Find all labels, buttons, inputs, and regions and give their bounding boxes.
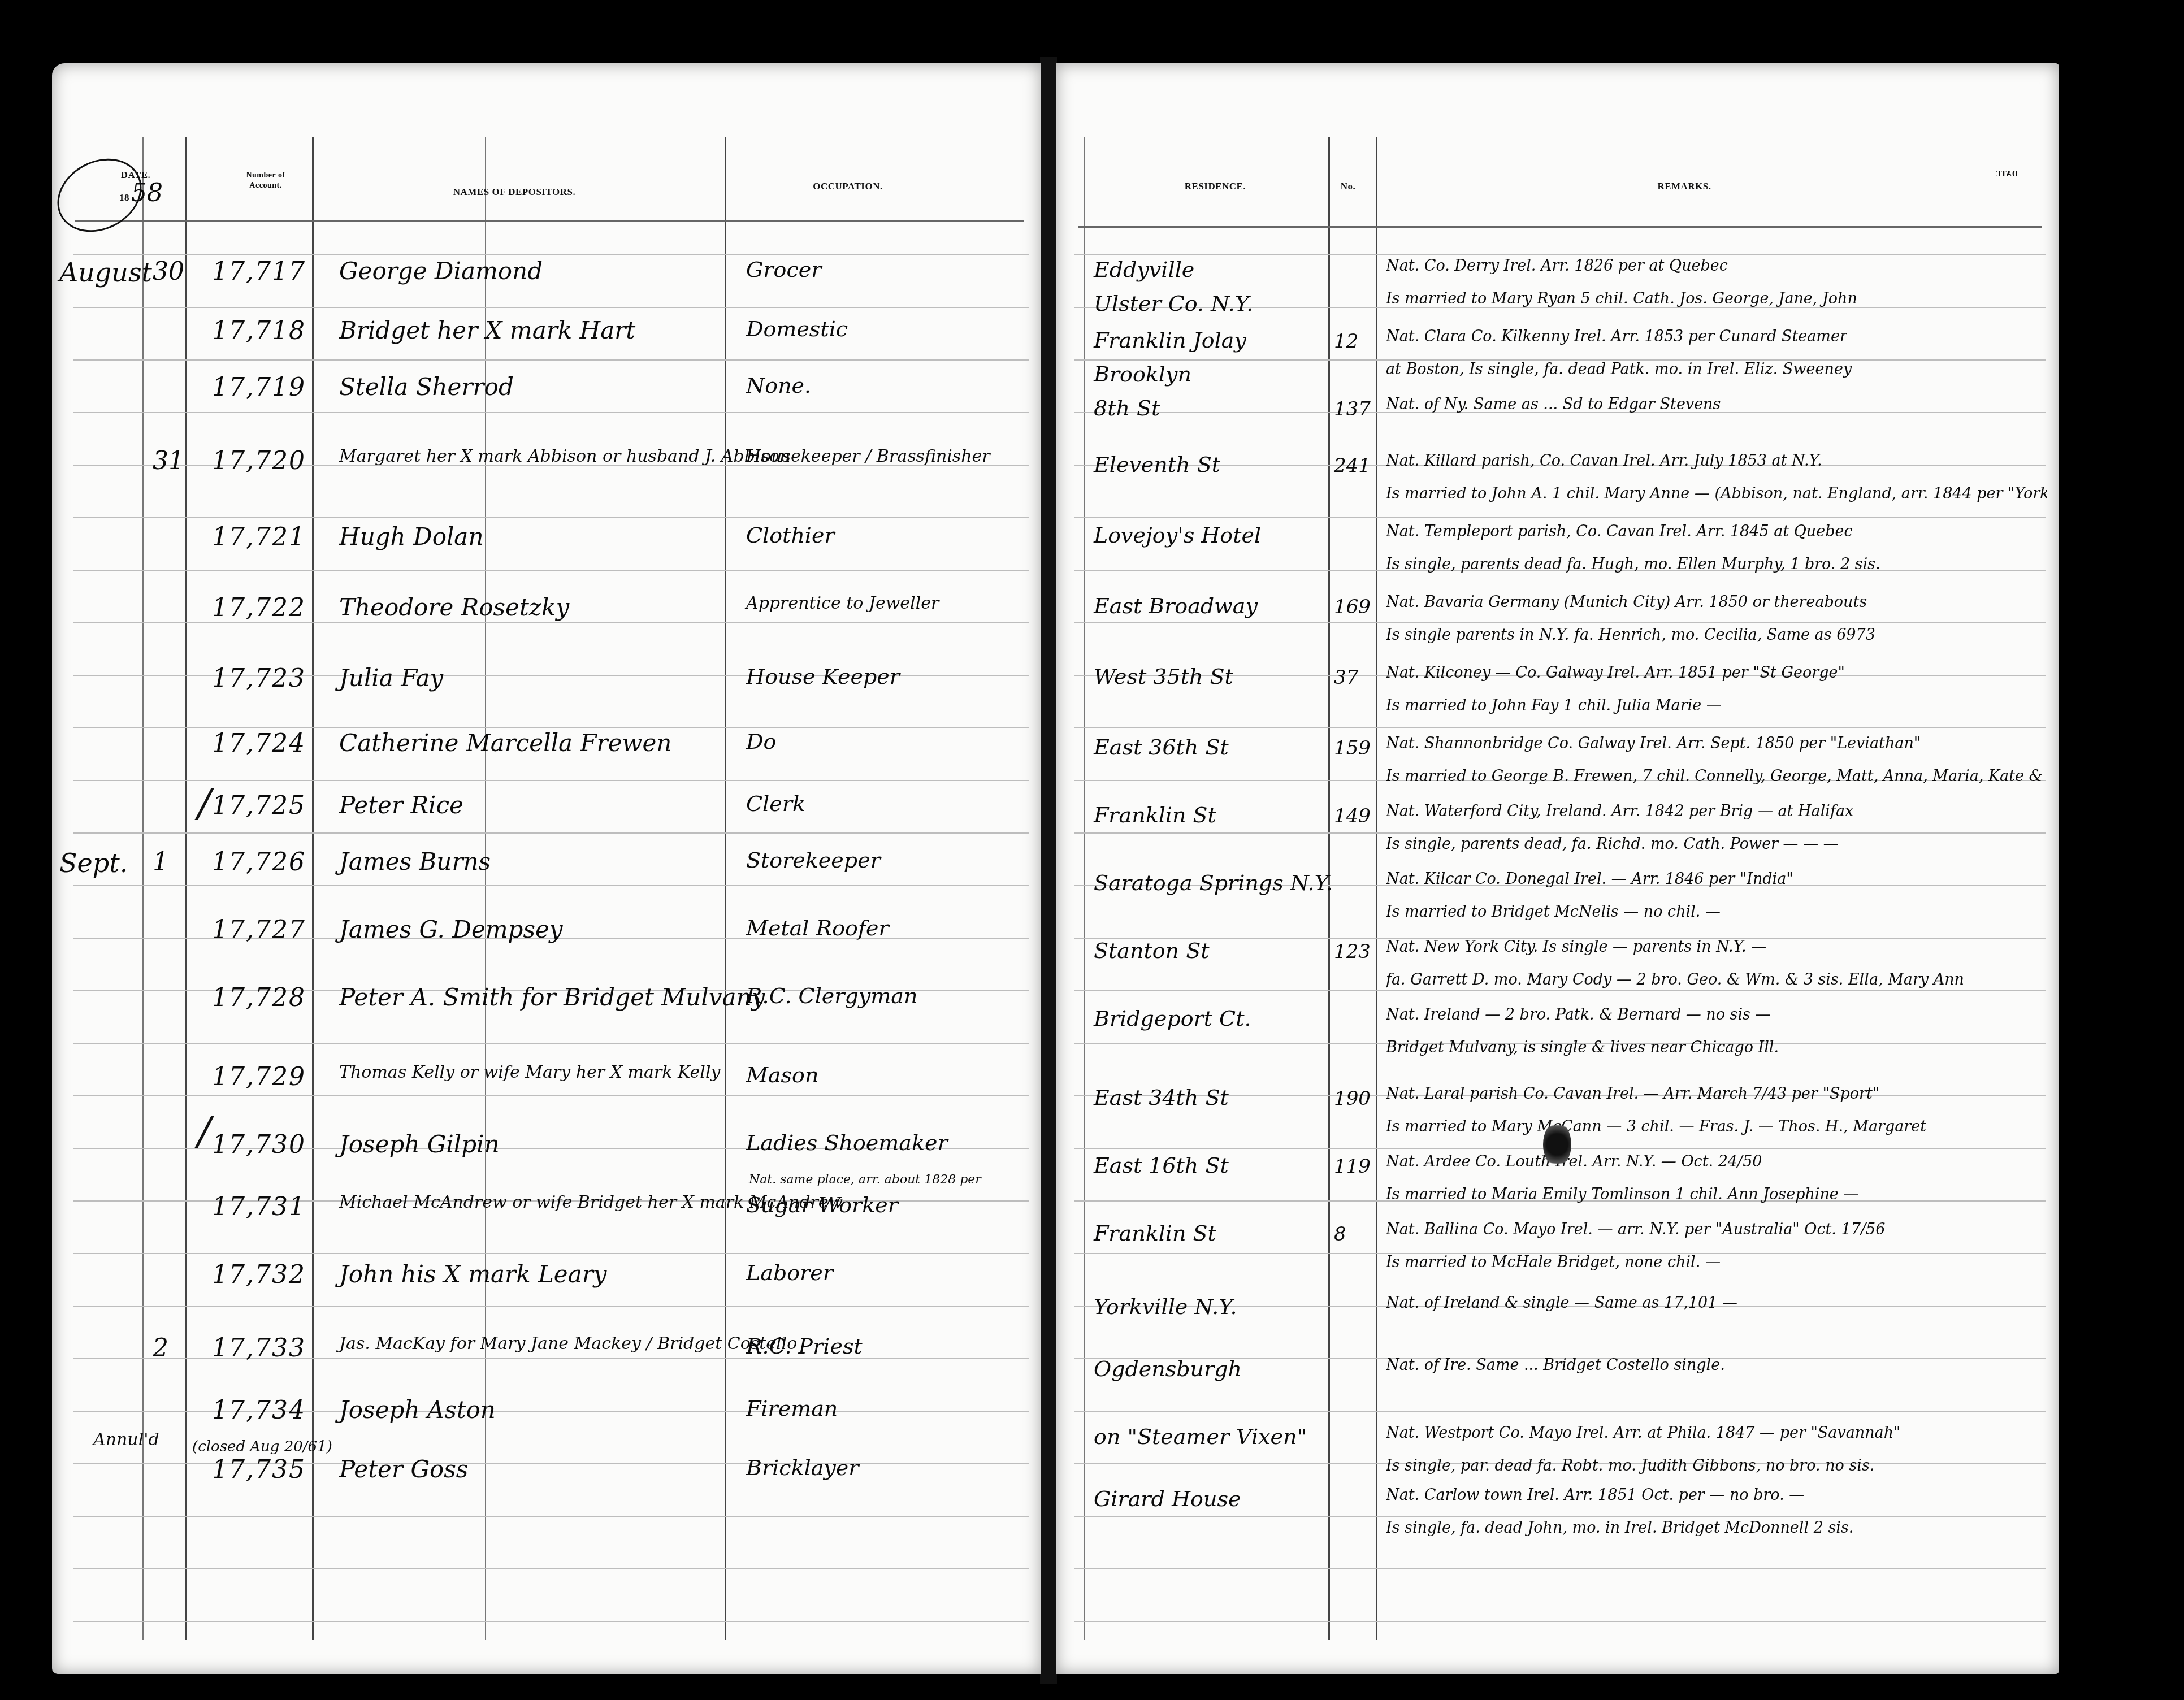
occupation: Sugar Worker bbox=[746, 1192, 898, 1217]
occupation: Ladies Shoemaker bbox=[746, 1130, 948, 1155]
header-names-of-depositors: NAMES OF DEPOSITORS. bbox=[367, 187, 661, 198]
residence: on "Steamer Vixen" bbox=[1094, 1424, 1307, 1449]
ruled-line bbox=[1074, 1516, 2046, 1517]
remark-line: Nat. Bavaria Germany (Munich City) Arr. … bbox=[1386, 593, 1867, 611]
occupation: Clothier bbox=[746, 523, 835, 548]
depositor-name: James G. Dempsey bbox=[339, 916, 563, 943]
remark-line: Is married to McHale Bridget, none chil.… bbox=[1386, 1254, 1721, 1271]
occupation: R.C. Clergyman bbox=[746, 983, 917, 1008]
ruled-line bbox=[73, 1516, 1029, 1517]
column-rule bbox=[725, 137, 726, 1640]
column-rule bbox=[1376, 137, 1377, 1640]
residence: Yorkville N.Y. bbox=[1094, 1294, 1237, 1319]
column-rule bbox=[142, 137, 144, 1640]
depositor-name: Joseph Gilpin bbox=[339, 1130, 500, 1158]
remark-line: Nat. Killard parish, Co. Cavan Irel. Arr… bbox=[1386, 452, 1822, 470]
residence: East Broadway bbox=[1094, 593, 1258, 618]
residence: Lovejoy's Hotel bbox=[1094, 523, 1261, 548]
entry-day: 30 bbox=[153, 257, 184, 286]
remark-line: Is single parents in N.Y. fa. Henrich, m… bbox=[1386, 626, 1875, 644]
column-rule bbox=[1084, 137, 1085, 1640]
book-gutter bbox=[1040, 57, 1057, 1684]
occupation: Do bbox=[746, 729, 776, 754]
remark-line: Nat. Clara Co. Kilkenny Irel. Arr. 1853 … bbox=[1386, 328, 1847, 345]
ruled-line bbox=[1074, 1411, 2046, 1412]
depositor-name: Catherine Marcella Frewen bbox=[339, 729, 671, 757]
depositor-name: Thomas Kelly or wife Mary her X mark Kel… bbox=[339, 1062, 720, 1082]
column-rule bbox=[185, 137, 187, 1640]
remark-line: Nat. Co. Derry Irel. Arr. 1826 per at Qu… bbox=[1386, 257, 1728, 275]
check-mark-icon: / bbox=[198, 780, 211, 826]
column-rule bbox=[312, 137, 314, 1640]
remark-line: Nat. of Ire. Same ... Bridget Costello s… bbox=[1386, 1356, 1725, 1374]
remark-line: Is married to Mary Ryan 5 chil. Cath. Jo… bbox=[1386, 290, 1857, 307]
ruled-line bbox=[73, 622, 1029, 623]
occupation: Grocer bbox=[746, 257, 821, 282]
remark-line: Is married to John Fay 1 chil. Julia Mar… bbox=[1386, 697, 1722, 714]
margin-note-annulled: Annul'd bbox=[93, 1430, 159, 1450]
account-number: 17,724 bbox=[212, 729, 306, 758]
account-number: 17,726 bbox=[212, 848, 306, 877]
occupation: Bricklayer bbox=[746, 1455, 859, 1480]
ruled-line bbox=[73, 832, 1029, 834]
ruled-line bbox=[73, 307, 1029, 308]
remark-line: Is single, par. dead fa. Robt. mo. Judit… bbox=[1386, 1457, 1874, 1475]
occupation: Housekeeper / Brassfinisher bbox=[746, 446, 990, 466]
depositor-name: Hugh Dolan bbox=[339, 523, 483, 550]
depositor-name: Jas. MacKay for Mary Jane Mackey / Bridg… bbox=[339, 1334, 797, 1354]
remark-line: Is married to George B. Frewen, 7 chil. … bbox=[1386, 767, 2047, 785]
residence-number: 119 bbox=[1334, 1155, 1371, 1178]
ruled-line bbox=[73, 517, 1029, 518]
entry-month: August bbox=[59, 257, 152, 288]
residence: Ogdensburgh bbox=[1094, 1356, 1242, 1381]
margin-note-closed: (closed Aug 20/61) bbox=[192, 1438, 332, 1455]
ruled-line bbox=[73, 727, 1029, 728]
depositor-name: Peter Goss bbox=[339, 1455, 468, 1483]
ruled-line bbox=[73, 885, 1029, 886]
remark-line: Nat. Waterford City, Ireland. Arr. 1842 … bbox=[1386, 803, 1853, 820]
depositor-name: Bridget her X mark Hart bbox=[339, 316, 635, 344]
account-number: 17,721 bbox=[212, 523, 306, 552]
ink-blot bbox=[1543, 1122, 1571, 1167]
account-number: 17,727 bbox=[212, 916, 306, 944]
entry-day: 2 bbox=[153, 1334, 168, 1363]
ruled-line bbox=[73, 1253, 1029, 1254]
account-number: 17,733 bbox=[212, 1334, 306, 1363]
residence: East 36th St bbox=[1094, 735, 1229, 760]
header-number: No. bbox=[1334, 181, 1362, 192]
ruled-line bbox=[1074, 832, 2046, 834]
ruled-line bbox=[73, 412, 1029, 413]
account-number: 17,723 bbox=[212, 664, 306, 693]
entry-month: Sept. bbox=[59, 848, 128, 878]
remark-line: Nat. Carlow town Irel. Arr. 1851 Oct. pe… bbox=[1386, 1486, 1804, 1504]
left-ledger-page bbox=[52, 63, 1041, 1674]
residence: Franklin St bbox=[1094, 1221, 1216, 1246]
occupation: Laborer bbox=[746, 1260, 833, 1285]
remark-line: Is single, parents dead, fa. Richd. mo. … bbox=[1386, 835, 1839, 853]
depositor-name: Joseph Aston bbox=[339, 1396, 496, 1424]
account-number: 17,719 bbox=[212, 373, 306, 402]
remark-line: Nat. Kilconey — Co. Galway Irel. Arr. 18… bbox=[1386, 664, 1845, 682]
account-number: 17,718 bbox=[212, 316, 306, 345]
residence-number: 137 bbox=[1334, 398, 1371, 420]
remark-line: Is single, parents dead fa. Hugh, mo. El… bbox=[1386, 556, 1880, 573]
ruled-line bbox=[73, 780, 1029, 781]
header-year-suffix: 58 bbox=[131, 179, 163, 207]
account-number: 17,722 bbox=[212, 593, 306, 622]
remark-line: Nat. of Ny. Same as ... Sd to Edgar Stev… bbox=[1386, 396, 1721, 413]
depositor-name: James Burns bbox=[339, 848, 491, 875]
occupation: House Keeper bbox=[746, 664, 900, 689]
ruled-line bbox=[1074, 727, 2046, 728]
interlinear-note: Nat. same place, arr. about 1828 per bbox=[749, 1173, 981, 1187]
residence: East 16th St bbox=[1094, 1153, 1229, 1178]
residence-number: 37 bbox=[1334, 666, 1358, 689]
depositor-name: Stella Sherrod bbox=[339, 373, 514, 401]
occupation: Apprentice to Jeweller bbox=[746, 593, 939, 613]
residence-number: 169 bbox=[1334, 596, 1371, 618]
residence: Bridgeport Ct. bbox=[1094, 1006, 1251, 1031]
residence: Eleventh St bbox=[1094, 452, 1220, 477]
residence-number: 149 bbox=[1334, 805, 1371, 827]
ruled-line bbox=[1074, 622, 2046, 623]
ruled-line bbox=[1074, 990, 2046, 991]
account-number: 17,725 bbox=[212, 791, 306, 820]
occupation: Fireman bbox=[746, 1396, 838, 1421]
ruled-line bbox=[73, 1306, 1029, 1307]
ruled-line bbox=[1074, 1621, 2046, 1622]
header-remarks: REMARKS. bbox=[1571, 181, 1797, 192]
occupation: R.C. Priest bbox=[746, 1334, 863, 1359]
ruled-line bbox=[1074, 254, 2046, 255]
remark-line: Nat. Ireland — 2 bro. Patk. & Bernard — … bbox=[1386, 1006, 1771, 1024]
remark-line: Nat. Templeport parish, Co. Cavan Irel. … bbox=[1386, 523, 1853, 540]
ruled-line bbox=[73, 1621, 1029, 1622]
remark-line: Nat. New York City. Is single — parents … bbox=[1386, 938, 1766, 956]
entry-day: 31 bbox=[153, 446, 184, 475]
header-occupation: OCCUPATION. bbox=[735, 181, 961, 192]
header-account-number: Number of Account. bbox=[237, 171, 294, 191]
remark-line: fa. Garrett D. mo. Mary Cody — 2 bro. Ge… bbox=[1386, 971, 1964, 988]
residence: 8th St bbox=[1094, 396, 1160, 420]
account-number: 17,730 bbox=[212, 1130, 306, 1159]
occupation: Domestic bbox=[746, 316, 848, 341]
account-number: 17,717 bbox=[212, 257, 306, 286]
depositor-name: John his X mark Leary bbox=[339, 1260, 607, 1288]
residence: West 35th St bbox=[1094, 664, 1233, 689]
ruled-line bbox=[1074, 1568, 2046, 1569]
depositor-name: Theodore Rosetzky bbox=[339, 593, 569, 621]
residence: Franklin St bbox=[1094, 803, 1216, 827]
occupation: Storekeeper bbox=[746, 848, 881, 873]
depositor-name: Peter Rice bbox=[339, 791, 463, 819]
remark-line: Nat. Laral parish Co. Cavan Irel. — Arr.… bbox=[1386, 1085, 1879, 1103]
remark-line: Bridget Mulvany, is single & lives near … bbox=[1386, 1039, 1779, 1056]
remark-line: Is married to John A. 1 chil. Mary Anne … bbox=[1386, 485, 2047, 502]
ruled-line bbox=[73, 1095, 1029, 1096]
occupation: Metal Roofer bbox=[746, 916, 889, 940]
residence-number: 8 bbox=[1334, 1223, 1346, 1246]
residence-number: 159 bbox=[1334, 737, 1371, 760]
remark-line: Nat. of Ireland & single — Same as 17,10… bbox=[1386, 1294, 1737, 1312]
remark-line: Is married to Bridget McNelis — no chil.… bbox=[1386, 903, 1721, 921]
depositor-name: Peter A. Smith for Bridget Mulvany bbox=[339, 983, 765, 1011]
occupation: Mason bbox=[746, 1062, 818, 1087]
ruled-line bbox=[73, 254, 1029, 255]
header-rule bbox=[1078, 226, 2042, 228]
remark-line: Nat. Shannonbridge Co. Galway Irel. Arr.… bbox=[1386, 735, 1921, 752]
residence-number: 12 bbox=[1334, 330, 1358, 353]
account-number: 17,732 bbox=[212, 1260, 306, 1289]
header-mirror-date: DATE bbox=[1990, 170, 2023, 180]
depositor-name: George Diamond bbox=[339, 257, 543, 285]
occupation: Clerk bbox=[746, 791, 805, 816]
remark-line: Is married to Maria Emily Tomlinson 1 ch… bbox=[1386, 1186, 1858, 1203]
remark-line: Is married to Mary McCann — 3 chil. — Fr… bbox=[1386, 1118, 1926, 1135]
depositor-name: Julia Fay bbox=[339, 664, 443, 692]
entry-day: 1 bbox=[153, 848, 168, 877]
residence: East 34th St bbox=[1094, 1085, 1229, 1110]
account-number: 17,729 bbox=[212, 1062, 306, 1091]
residence: Brooklyn bbox=[1094, 362, 1191, 387]
header-rule bbox=[75, 220, 1024, 222]
ruled-line bbox=[73, 359, 1029, 361]
check-mark-icon: / bbox=[198, 1108, 211, 1154]
residence: Saratoga Springs N.Y. bbox=[1094, 870, 1333, 895]
account-number: 17,728 bbox=[212, 983, 306, 1012]
residence: Ulster Co. N.Y. bbox=[1094, 291, 1253, 316]
residence: Girard House bbox=[1094, 1486, 1241, 1511]
ruled-line bbox=[73, 1043, 1029, 1044]
account-number: 17,731 bbox=[212, 1192, 306, 1221]
remark-line: at Boston, Is single, fa. dead Patk. mo.… bbox=[1386, 361, 1852, 378]
ruled-line bbox=[1074, 517, 2046, 518]
residence-number: 190 bbox=[1334, 1087, 1371, 1110]
remark-line: Nat. Ballina Co. Mayo Irel. — arr. N.Y. … bbox=[1386, 1221, 1885, 1238]
residence: Eddyville bbox=[1094, 257, 1194, 282]
residence: Franklin Jolay bbox=[1094, 328, 1246, 353]
remark-line: Nat. Westport Co. Mayo Irel. Arr. at Phi… bbox=[1386, 1424, 1900, 1442]
account-number: 17,720 bbox=[212, 446, 306, 475]
residence-number: 123 bbox=[1334, 940, 1371, 963]
occupation: None. bbox=[746, 373, 811, 398]
remark-line: Nat. Kilcar Co. Donegal Irel. — Arr. 184… bbox=[1386, 870, 1793, 888]
residence-number: 241 bbox=[1334, 454, 1371, 477]
remark-line: Nat. Ardee Co. Louth Irel. Arr. N.Y. — O… bbox=[1386, 1153, 1762, 1170]
account-number: 17,734 bbox=[212, 1396, 306, 1425]
remark-line: Is single, fa. dead John, mo. in Irel. B… bbox=[1386, 1519, 1853, 1537]
ruled-line bbox=[73, 1568, 1029, 1569]
residence: Stanton St bbox=[1094, 938, 1209, 963]
account-number: 17,735 bbox=[212, 1455, 306, 1484]
depositor-name: Margaret her X mark Abbison or husband J… bbox=[339, 446, 790, 466]
ruled-line bbox=[73, 570, 1029, 571]
header-residence: RESIDENCE. bbox=[1159, 181, 1272, 192]
